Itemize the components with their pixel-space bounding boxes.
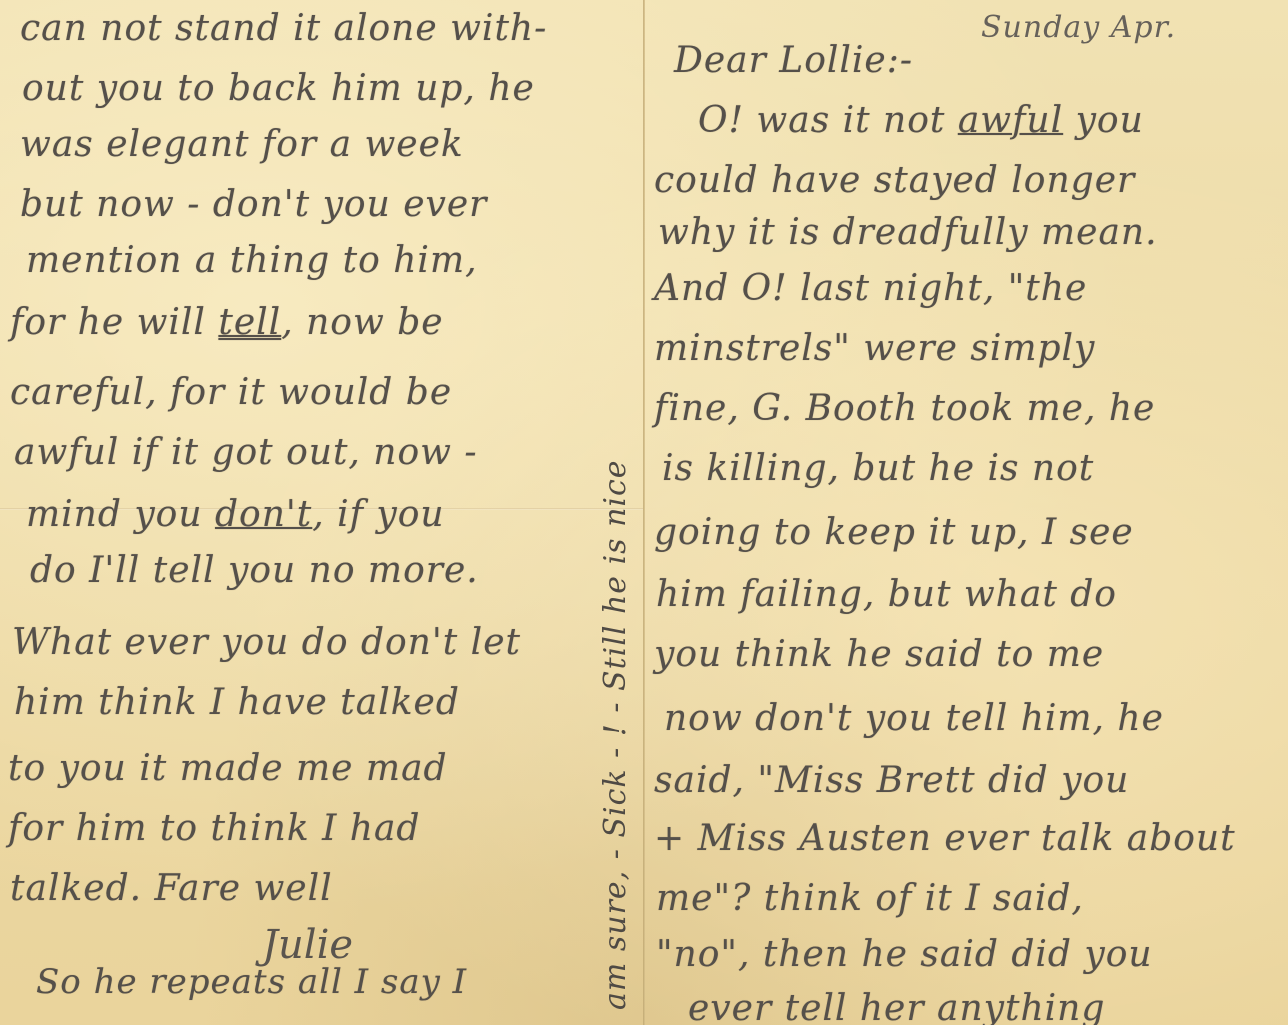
emphasized-word: awful — [958, 100, 1063, 141]
letter-line: to you it made me mad — [8, 748, 448, 789]
letter-line: O! was it not awful you — [698, 100, 1144, 141]
margin-note: am sure, - Sick - ! - Still he is nice — [598, 459, 633, 1010]
letter-sheet: can not stand it alone with- out you to … — [0, 0, 1288, 1025]
letter-line: but now - don't you ever — [20, 184, 487, 225]
letter-line: out you to back him up, he — [22, 68, 535, 109]
letter-line: for he will tell, now be — [10, 302, 444, 343]
letter-line: do I'll tell you no more. — [30, 550, 479, 591]
right-page: Sunday Apr. Dear Lollie:- O! was it not … — [648, 0, 1288, 1025]
emphasized-word: tell — [218, 302, 281, 343]
letter-date: Sunday Apr. — [981, 10, 1176, 45]
letter-line: fine, G. Booth took me, he — [654, 388, 1155, 429]
letter-line: could have stayed longer — [654, 160, 1135, 201]
letter-line: What ever you do don't let — [12, 622, 521, 663]
letter-line: was elegant for a week — [20, 124, 464, 165]
letter-line: And O! last night, "the — [654, 268, 1087, 309]
letter-text: for he will — [10, 302, 218, 343]
letter-line: going to keep it up, I see — [654, 512, 1134, 553]
salutation: Dear Lollie:- — [674, 40, 913, 81]
letter-text: , if you — [312, 494, 444, 535]
center-fold — [643, 0, 645, 1025]
letter-line: for him to think I had — [8, 808, 420, 849]
letter-line: "no", then he said did you — [656, 934, 1153, 975]
emphasized-word: don't — [215, 494, 312, 535]
letter-text: you — [1063, 100, 1144, 141]
letter-line: can not stand it alone with- — [20, 8, 547, 49]
letter-line: + Miss Austen ever talk about — [654, 818, 1236, 859]
letter-text: O! was it not — [698, 100, 958, 141]
letter-text: , now be — [281, 302, 443, 343]
left-page: can not stand it alone with- out you to … — [0, 0, 640, 1025]
letter-line: me"? think of it I said, — [656, 878, 1084, 919]
letter-text: mind you — [26, 494, 215, 535]
letter-line: awful if it got out, now - — [14, 432, 478, 473]
letter-line: is killing, but he is not — [662, 448, 1094, 489]
letter-line: said, "Miss Brett did you — [654, 760, 1129, 801]
letter-line: talked. Fare well — [10, 868, 333, 909]
letter-line: now don't you tell him, he — [664, 698, 1164, 739]
letter-line: mind you don't, if you — [26, 494, 445, 535]
letter-line: minstrels" were simply — [654, 328, 1095, 369]
letter-line: you think he said to me — [654, 634, 1104, 675]
letter-line: mention a thing to him, — [26, 240, 478, 281]
letter-line: why it is dreadfully mean. — [658, 212, 1158, 253]
letter-line: him think I have talked — [14, 682, 460, 723]
postscript: So he repeats all I say I — [36, 962, 467, 1002]
letter-line: him failing, but what do — [656, 574, 1117, 615]
letter-line: ever tell her anything — [688, 988, 1105, 1025]
letter-line: careful, for it would be — [10, 372, 452, 413]
